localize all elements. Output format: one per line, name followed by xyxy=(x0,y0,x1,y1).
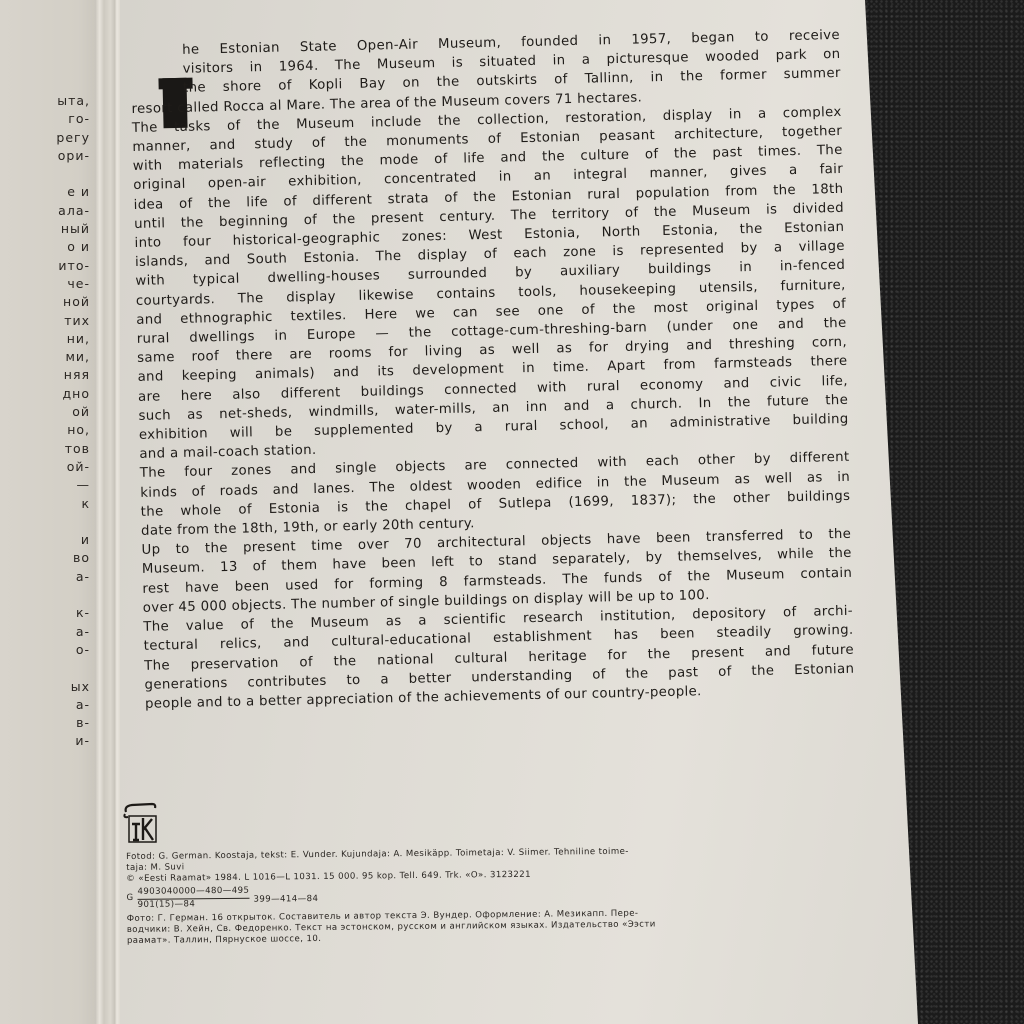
left-page-line: и xyxy=(56,531,90,549)
catalog-code-prefix: G xyxy=(126,893,133,904)
left-page-fragment: ыта,го-регуори- е иала-ныйо иито-че-нойт… xyxy=(0,0,98,1024)
left-page-line: к xyxy=(56,495,90,513)
left-page-line xyxy=(56,659,90,677)
paragraph: ThevalueoftheMuseumasascientificresearch… xyxy=(143,602,855,714)
left-page-line: — xyxy=(56,476,90,494)
left-page-line: ой xyxy=(56,403,90,421)
publication-credits: Fotod: G. German. Koostaja, tekst: E. Vu… xyxy=(126,845,787,948)
left-page-line: тих xyxy=(56,312,90,330)
left-page-line: ми, xyxy=(56,348,90,366)
left-page-line xyxy=(56,165,90,183)
left-page-line: ой- xyxy=(56,458,90,476)
left-page-line: и- xyxy=(56,732,90,750)
left-page-line: ни, xyxy=(56,330,90,348)
left-page-line xyxy=(56,586,90,604)
left-page-line: че- xyxy=(56,275,90,293)
left-page-line: о и xyxy=(56,238,90,256)
article-body: heEstonianStateOpen-AirMuseum,foundedin1… xyxy=(130,26,855,714)
paragraph: ThetasksoftheMuseumincludethecollection,… xyxy=(132,103,850,465)
left-page-line: но, xyxy=(56,421,90,439)
left-page-line: дно xyxy=(56,385,90,403)
left-page-line: няя xyxy=(56,366,90,384)
left-page-line: го- xyxy=(56,110,90,128)
left-page-line: а- xyxy=(56,623,90,641)
left-page-line: в- xyxy=(56,714,90,732)
left-page-line: а- xyxy=(56,696,90,714)
left-page-line: ала- xyxy=(56,202,90,220)
left-page-line: ный xyxy=(56,220,90,238)
left-page-line: ых xyxy=(56,678,90,696)
left-page-line: ыта, xyxy=(56,92,90,110)
left-page-line: к- xyxy=(56,604,90,622)
left-page-line: о- xyxy=(56,641,90,659)
left-page-line: регу xyxy=(56,129,90,147)
left-page-cyrillic-text: ыта,го-регуори- е иала-ныйо иито-че-нойт… xyxy=(56,92,90,751)
catalog-code-denominator: 901(15)—84 xyxy=(138,899,250,911)
left-page-line: тов xyxy=(56,440,90,458)
left-page-line: а- xyxy=(56,568,90,586)
left-page-line: во xyxy=(56,549,90,567)
left-page-line: ори- xyxy=(56,147,90,165)
left-page-line xyxy=(56,513,90,531)
left-page-line: ито- xyxy=(56,257,90,275)
eesti-raamat-logo-icon xyxy=(122,802,158,844)
left-page-line: е и xyxy=(56,183,90,201)
catalog-code-suffix: 399—414—84 xyxy=(253,894,318,906)
left-page-line: ной xyxy=(56,293,90,311)
catalog-code-numerator: 4903040000—480—495 xyxy=(137,885,249,899)
